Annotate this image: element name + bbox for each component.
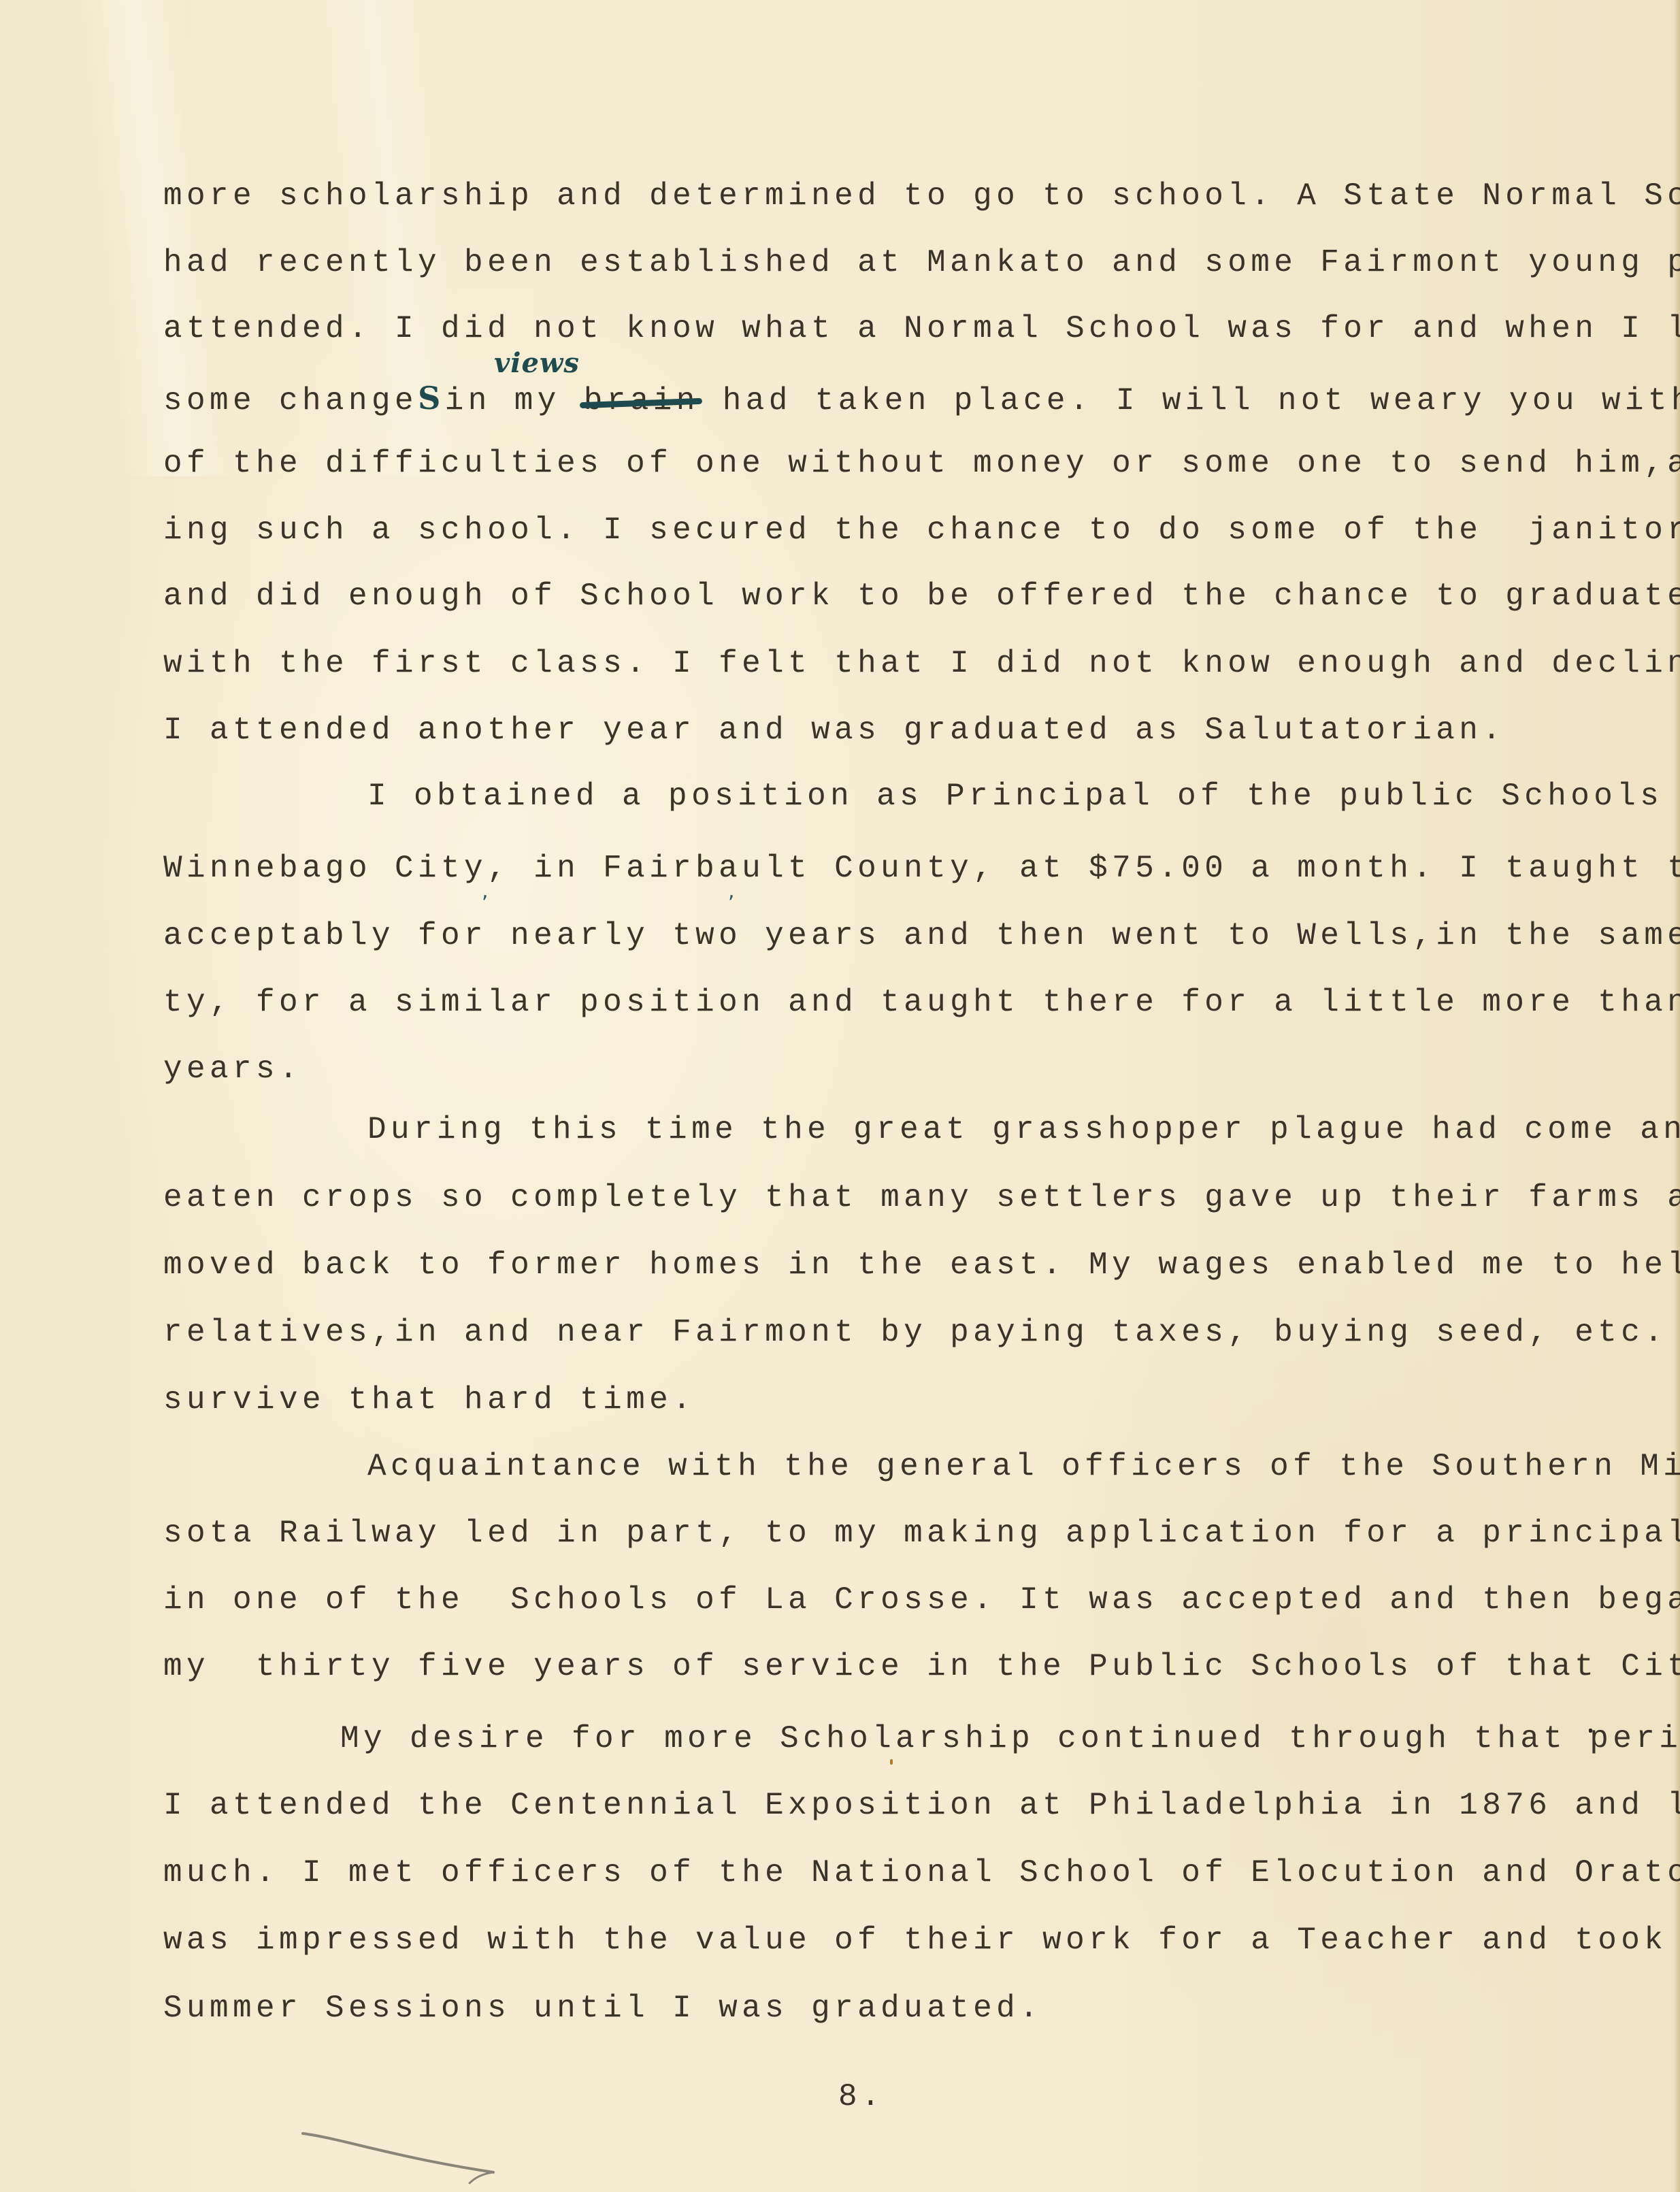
pencil-stroke-mark	[299, 2130, 504, 2185]
text-line: acceptably for nearly two years and then…	[163, 920, 1680, 951]
text-line: moved back to former homes in the east. …	[163, 1249, 1680, 1281]
text-line-corrected: some changeSin my brain had taken place.…	[163, 382, 1680, 416]
paragraph-start-line: During this time the great grasshopper p…	[367, 1114, 1680, 1145]
text-line: and did enough of School work to be offe…	[163, 580, 1680, 612]
paper-page: more scholarship and determined to go to…	[0, 0, 1680, 2192]
handwritten-insertion: views	[494, 347, 580, 379]
text-line: much. I met officers of the National Sch…	[163, 1857, 1680, 1888]
page-number: 8.	[838, 2079, 884, 2114]
caret-mark: ,	[482, 879, 489, 903]
text-line: survive that hard time.	[163, 1384, 695, 1416]
text-line: years.	[163, 1053, 302, 1085]
inked-letter: S	[418, 380, 445, 416]
text-line: I attended the Centennial Exposition at …	[163, 1790, 1680, 1821]
text-line: ty, for a similar position and taught th…	[163, 987, 1680, 1018]
ink-speck	[1589, 1729, 1592, 1733]
text-line: Winnebago City, in Fairbault County, at …	[163, 853, 1680, 884]
text-line: was impressed with the value of their wo…	[163, 1925, 1680, 1956]
text-line: eaten crops so completely that many sett…	[163, 1182, 1680, 1213]
text-line: had recently been established at Mankato…	[163, 247, 1680, 278]
struck-out-word: brain	[584, 383, 699, 419]
text-line: more scholarship and determined to go to…	[163, 180, 1680, 212]
text-segment: eaten crops so completely that many sett…	[163, 1180, 1680, 1215]
text-segment: in my	[445, 383, 584, 419]
text-line: my thirty five years of service in the P…	[163, 1651, 1680, 1682]
paragraph-start-line: Acquaintance with the general officers o…	[367, 1451, 1680, 1482]
text-line: I attended another year and was graduate…	[163, 715, 1505, 746]
text-line: Summer Sessions until I was graduated.	[163, 1993, 1042, 2024]
text-line: ing such a school. I secured the chance …	[163, 514, 1680, 546]
text-line: attended. I did not know what a Normal S…	[163, 313, 1680, 344]
paragraph-start-line: My desire for more Scholarship continued…	[340, 1723, 1680, 1754]
text-line: sota Railway led in part, to my making a…	[163, 1518, 1680, 1549]
ink-speck	[890, 1759, 893, 1765]
text-segment: some change	[163, 383, 418, 419]
paragraph-start-line: I obtained a position as Principal of th…	[367, 781, 1680, 812]
text-line: relatives,in and near Fairmont by paying…	[163, 1317, 1680, 1348]
text-line: with the first class. I felt that I did …	[163, 648, 1680, 679]
text-line: of the difficulties of one without money…	[163, 448, 1680, 479]
caret-mark: ,	[728, 879, 735, 903]
text-segment: had taken place. I will not weary you wi…	[699, 383, 1680, 419]
text-line: in one of the Schools of La Crosse. It w…	[163, 1584, 1680, 1616]
